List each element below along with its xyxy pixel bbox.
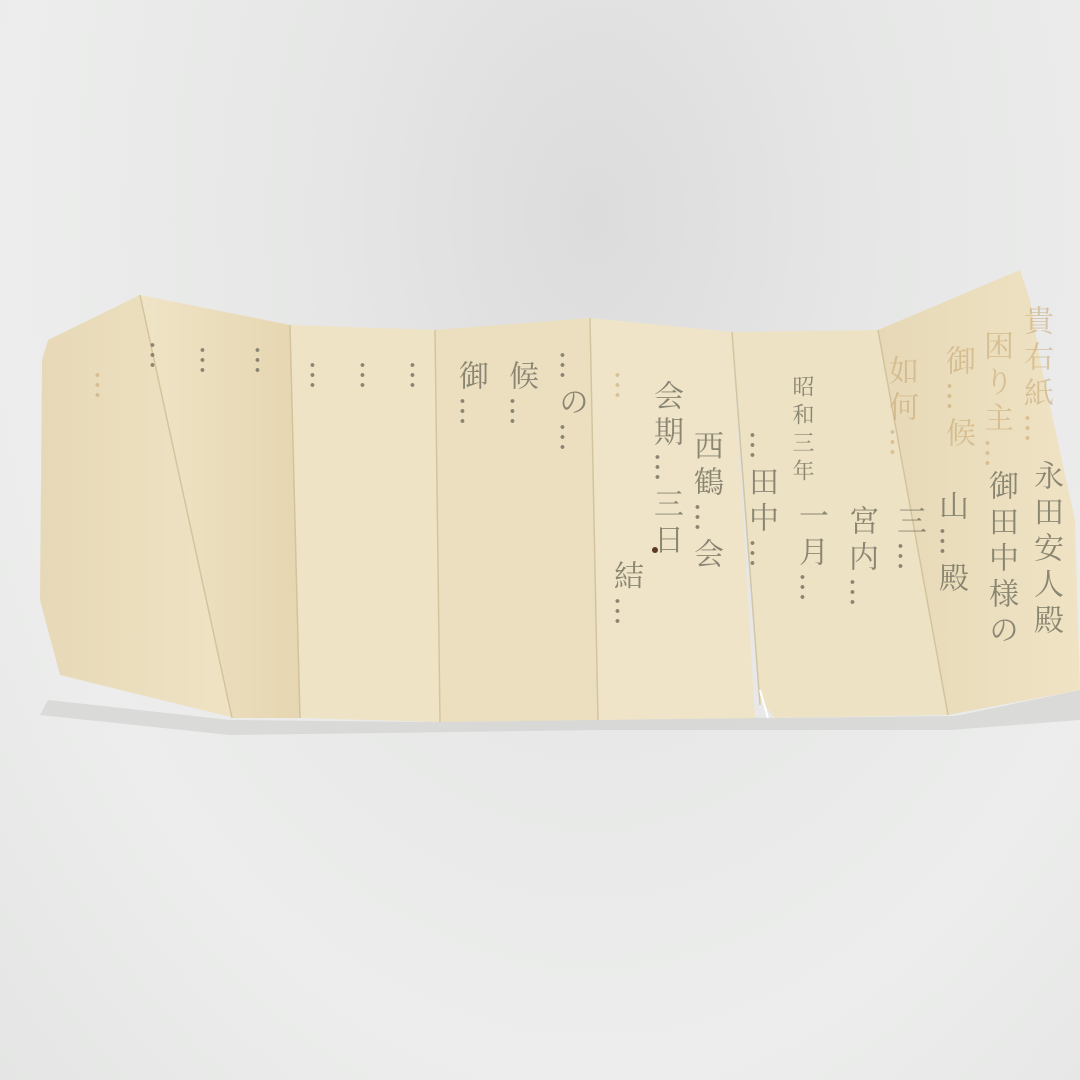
text-column: … [305,360,335,396]
text-column: 御… [455,360,485,432]
text-column: … [195,345,225,381]
text-column: 宮内… [845,505,875,613]
text-column: …田中… [745,430,775,574]
text-column: 三… [893,505,923,577]
text-column: 如何… [885,355,915,463]
text-column: … [610,370,640,406]
text-column: 貴右紙… [1020,305,1050,449]
text-column: … [355,360,385,396]
text-column: 御…候 [942,345,972,453]
text-column: …の… [555,350,585,458]
text-column: 一月… [795,500,825,608]
text-column: … [90,370,120,406]
text-column: … [145,340,175,376]
text-column: 結… [610,560,640,632]
text-column: 御田中様の [985,470,1015,650]
text-column: 永田安人殿 [1030,460,1060,640]
text-column: 西鶴…会 [690,430,720,574]
date-column: 昭和三年 [790,375,812,487]
photo: 貴右紙… 困り主… 御…候 如何… 永田安人殿 御田中様の 山…殿 三… 宮内…… [0,0,1080,1080]
text-column: … [250,345,280,381]
text-column: 山…殿 [935,490,965,598]
text-column: … [405,360,435,396]
text-column: 会期…三日 [650,380,680,560]
text-column: 困り主… [980,330,1010,474]
text-column: 候… [505,360,535,432]
